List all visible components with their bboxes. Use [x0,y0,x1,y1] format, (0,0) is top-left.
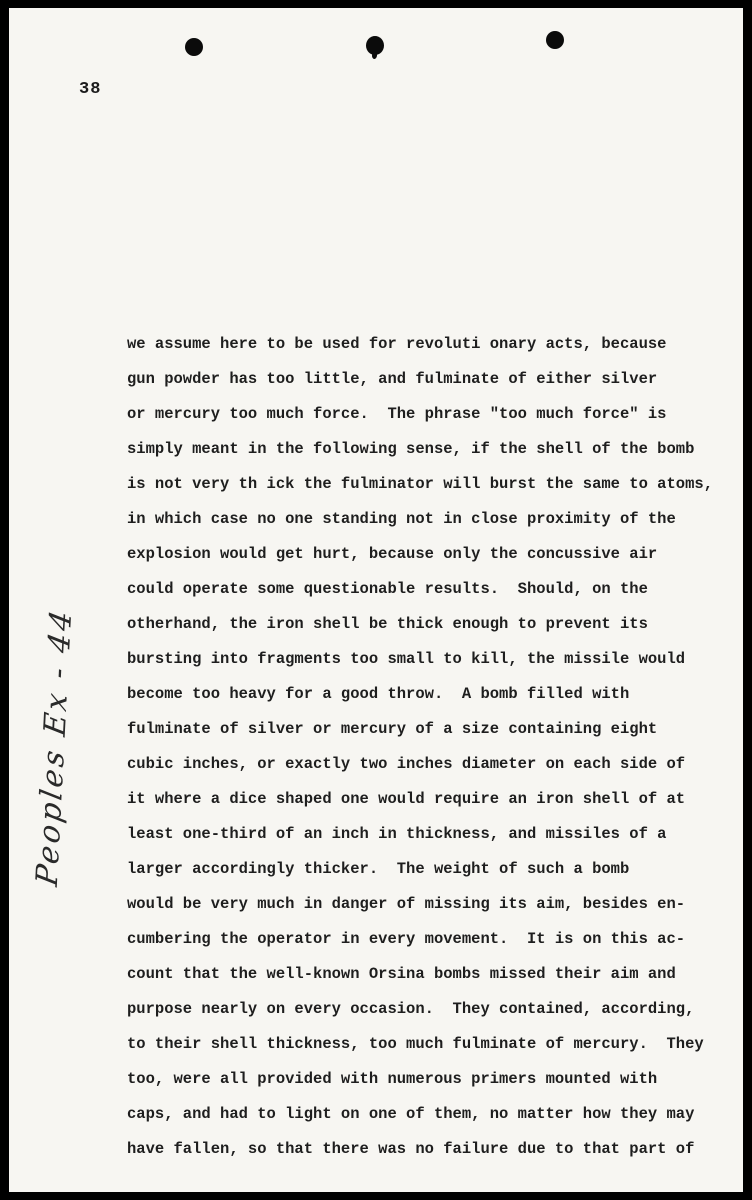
typed-line: become too heavy for a good throw. A bom… [127,677,723,712]
typed-line: have fallen, so that there was no failur… [127,1132,723,1167]
typed-line: too, were all provided with numerous pri… [127,1062,723,1097]
typed-line: least one-third of an inch in thickness,… [127,817,723,852]
typed-line: cubic inches, or exactly two inches diam… [127,747,723,782]
typed-line: in which case no one standing not in clo… [127,502,723,537]
page-number: 38 [79,80,101,99]
typed-line: count that the well-known Orsina bombs m… [127,957,723,992]
typed-line: to their shell thickness, too much fulmi… [127,1027,723,1062]
typed-line: we assume here to be used for revoluti o… [127,327,723,362]
typed-line: bursting into fragments too small to kil… [127,642,723,677]
typed-line: it where a dice shaped one would require… [127,782,723,817]
typed-line: or mercury too much force. The phrase "t… [127,397,723,432]
typed-line: would be very much in danger of missing … [127,887,723,922]
typed-line: larger accordingly thicker. The weight o… [127,852,723,887]
scanned-document-page: 38 Peoples Ex - 44 we assume here to be … [0,0,752,1200]
typed-line: fulminate of silver or mercury of a size… [127,712,723,747]
typed-text-block: we assume here to be used for revoluti o… [127,327,723,1167]
typed-line: otherhand, the iron shell be thick enoug… [127,607,723,642]
typed-line: cumbering the operator in every movement… [127,922,723,957]
punch-hole-dot [546,31,564,49]
typed-line: is not very th ick the fulminator will b… [127,467,723,502]
margin-note-handwritten: Peoples Ex - 44 [30,552,82,888]
punch-hole-dot [185,38,203,56]
typed-line: caps, and had to light on one of them, n… [127,1097,723,1132]
punch-hole-dot [366,36,384,55]
typed-line: gun powder has too little, and fulminate… [127,362,723,397]
typed-line: simply meant in the following sense, if … [127,432,723,467]
typed-line: purpose nearly on every occasion. They c… [127,992,723,1027]
typed-line: explosion would get hurt, because only t… [127,537,723,572]
typed-line: could operate some questionable results.… [127,572,723,607]
